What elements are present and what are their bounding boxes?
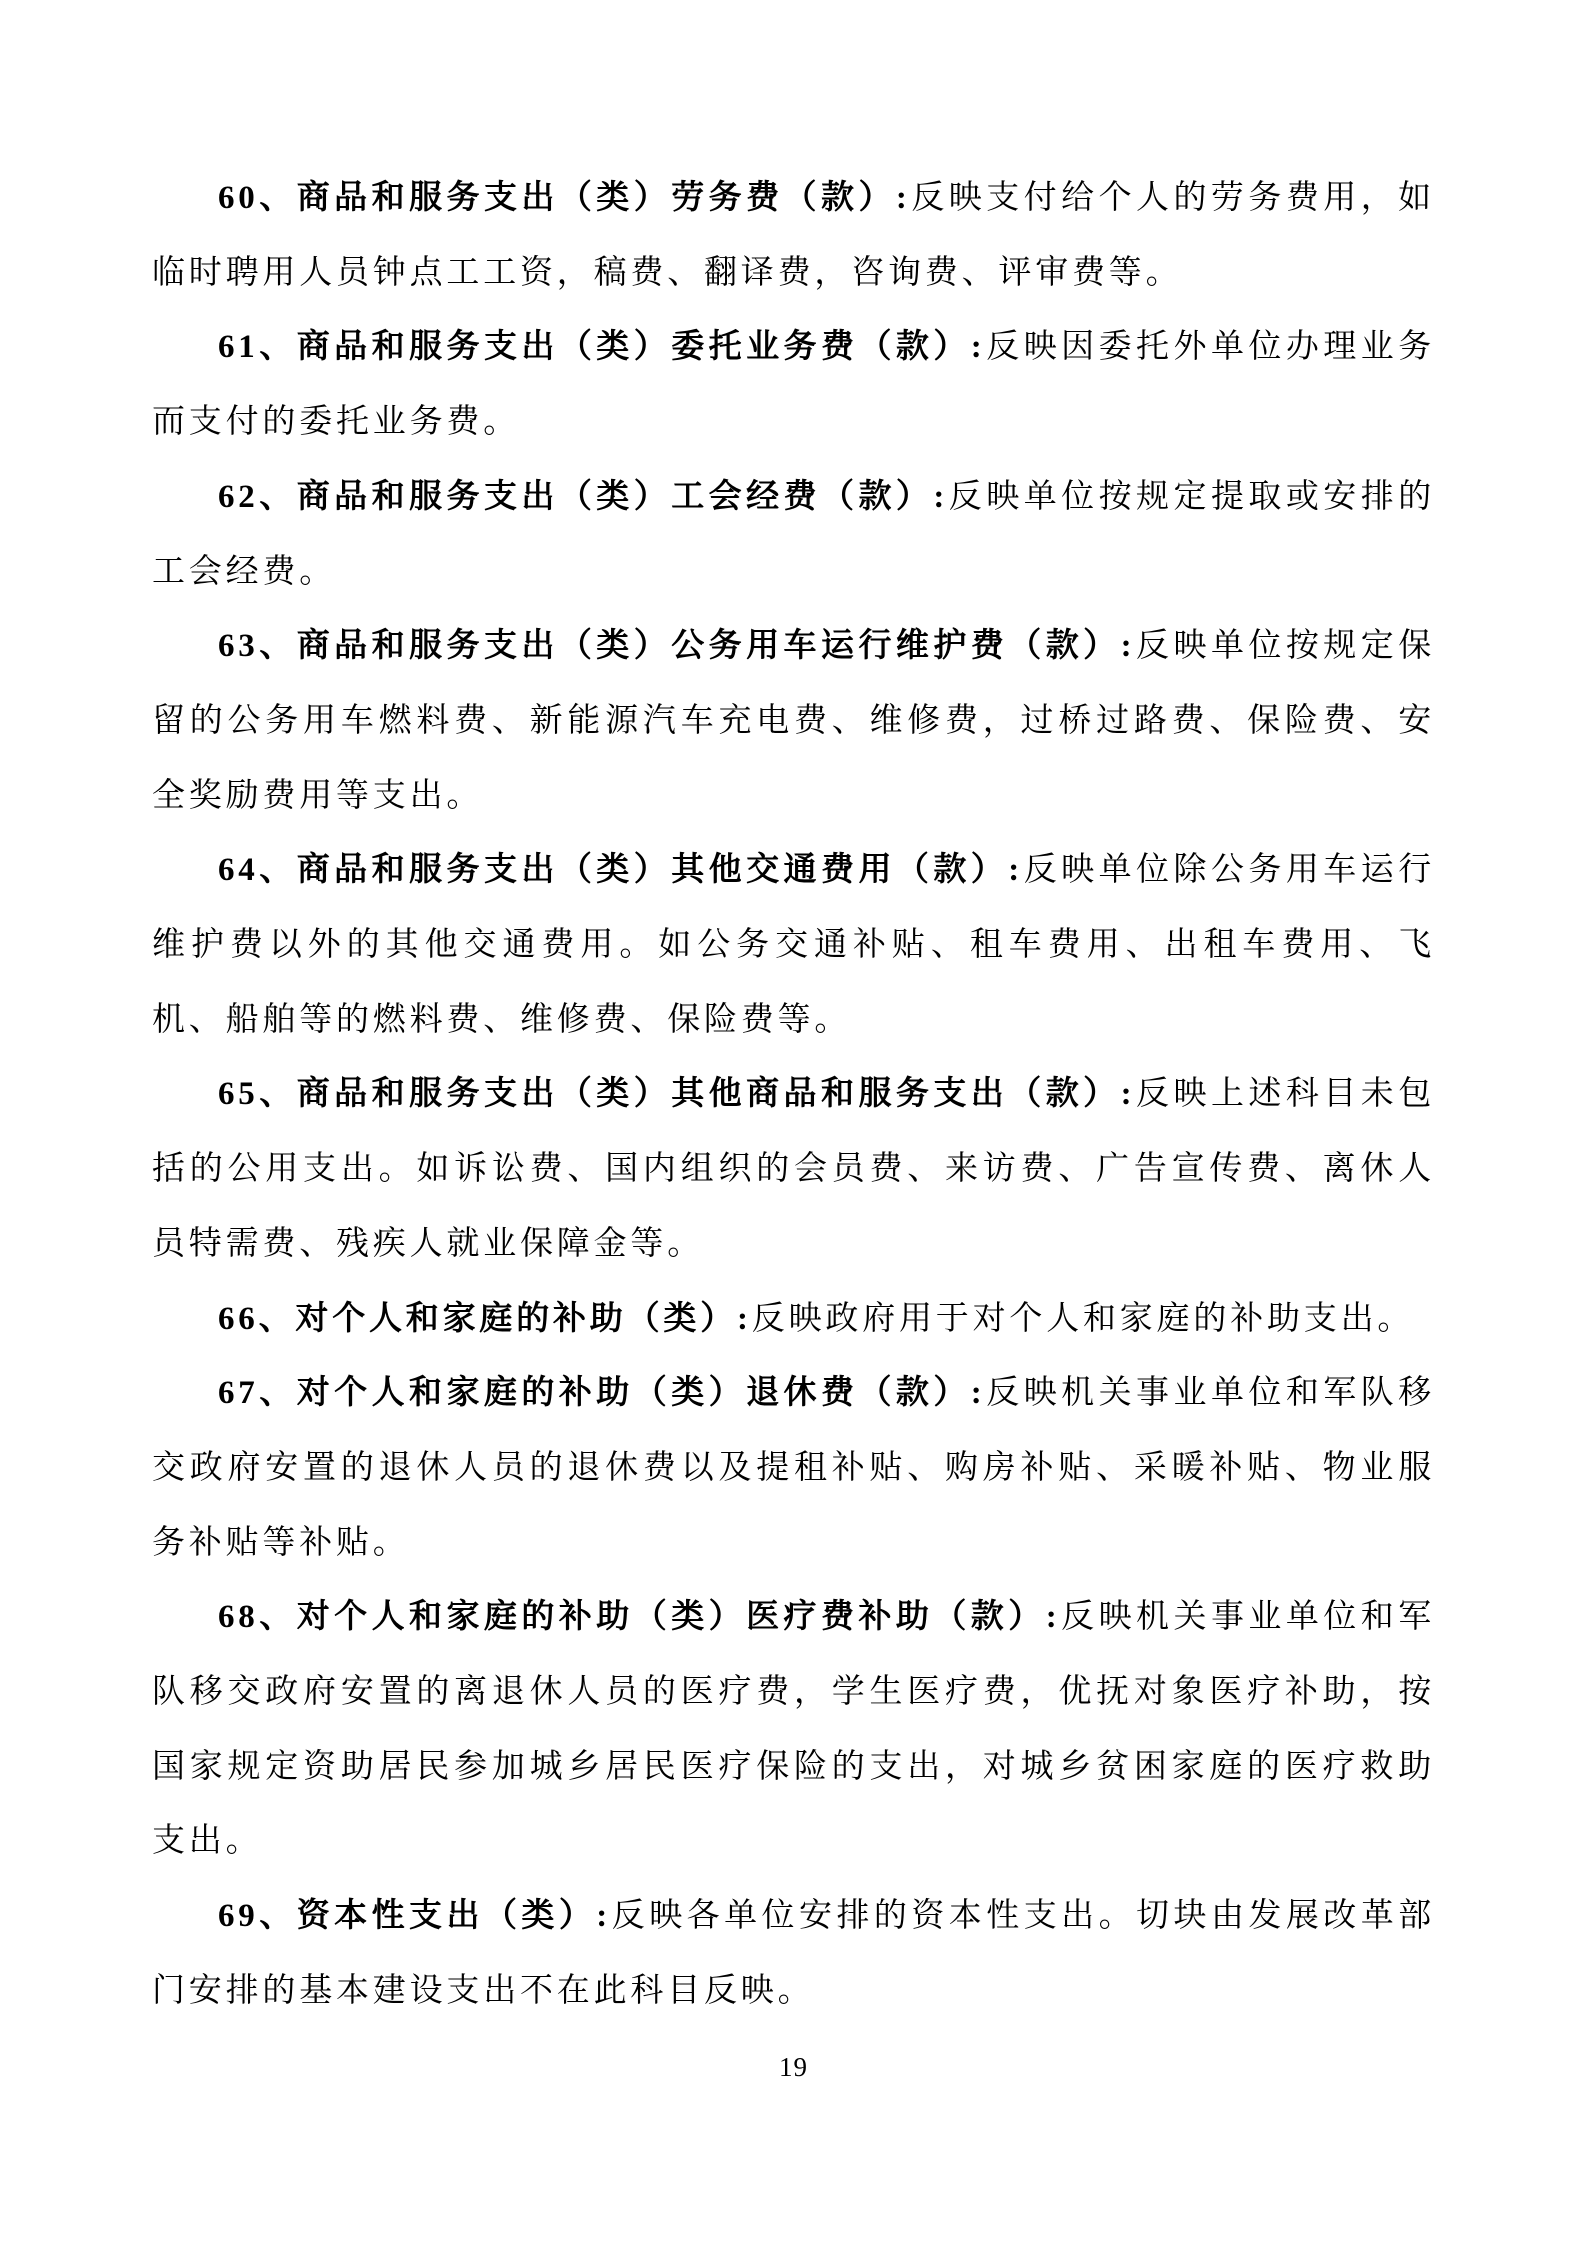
paragraph-item-61: 61、商品和服务支出（类）委托业务费（款）:反映因委托外单位办理业务而支付的委托…: [152, 310, 1435, 459]
paragraph-60-heading: 60、商品和服务支出（类）劳务费（款）:: [218, 180, 911, 216]
paragraph-item-67: 67、对个人和家庭的补助（类）退休费（款）:反映机关事业单位和军队移交政府安置的…: [152, 1356, 1435, 1580]
paragraph-62-heading: 62、商品和服务支出（类）工会经费（款）:: [218, 479, 948, 515]
paragraph-66-body: 反映政府用于对个人和家庭的补助支出。: [752, 1301, 1414, 1337]
paragraph-61-heading: 61、商品和服务支出（类）委托业务费（款）:: [218, 329, 986, 365]
paragraph-item-62: 62、商品和服务支出（类）工会经费（款）:反映单位按规定提取或安排的工会经费。: [152, 460, 1435, 609]
text-block: 60、商品和服务支出（类）劳务费（款）:反映支付给个人的劳务费用，如临时聘用人员…: [152, 161, 1435, 2029]
paragraph-69-heading: 69、资本性支出（类）:: [218, 1898, 611, 1934]
paragraph-66-heading: 66、对个人和家庭的补助（类）:: [218, 1301, 752, 1337]
page-number: 19: [779, 2052, 808, 2082]
paragraph-item-66: 66、对个人和家庭的补助（类）:反映政府用于对个人和家庭的补助支出。: [152, 1282, 1435, 1357]
paragraph-item-68: 68、对个人和家庭的补助（类）医疗费补助（款）:反映机关事业单位和军队移交政府安…: [152, 1580, 1435, 1879]
paragraph-63-heading: 63、商品和服务支出（类）公务用车运行维护费（款）:: [218, 628, 1135, 664]
paragraph-item-60: 60、商品和服务支出（类）劳务费（款）:反映支付给个人的劳务费用，如临时聘用人员…: [152, 161, 1435, 310]
paragraph-65-heading: 65、商品和服务支出（类）其他商品和服务支出（款）:: [218, 1076, 1135, 1112]
paragraph-68-heading: 68、对个人和家庭的补助（类）医疗费补助（款）:: [218, 1599, 1061, 1635]
paragraph-item-65: 65、商品和服务支出（类）其他商品和服务支出（款）:反映上述科目未包括的公用支出…: [152, 1057, 1435, 1281]
paragraph-item-64: 64、商品和服务支出（类）其他交通费用（款）:反映单位除公务用车运行维护费以外的…: [152, 833, 1435, 1057]
paragraph-67-heading: 67、对个人和家庭的补助（类）退休费（款）:: [218, 1375, 986, 1411]
paragraph-item-63: 63、商品和服务支出（类）公务用车运行维护费（款）:反映单位按规定保留的公务用车…: [152, 609, 1435, 833]
paragraph-item-69: 69、资本性支出（类）:反映各单位安排的资本性支出。切块由发展改革部门安排的基本…: [152, 1879, 1435, 2028]
page-footer: 19: [0, 2052, 1587, 2083]
paragraph-64-heading: 64、商品和服务支出（类）其他交通费用（款）:: [218, 852, 1023, 888]
document-page: 60、商品和服务支出（类）劳务费（款）:反映支付给个人的劳务费用，如临时聘用人员…: [0, 0, 1587, 2245]
paragraph-68-body: 反映机关事业单位和军队移交政府安置的离退休人员的医疗费，学生医疗费，优抚对象医疗…: [152, 1599, 1435, 1859]
